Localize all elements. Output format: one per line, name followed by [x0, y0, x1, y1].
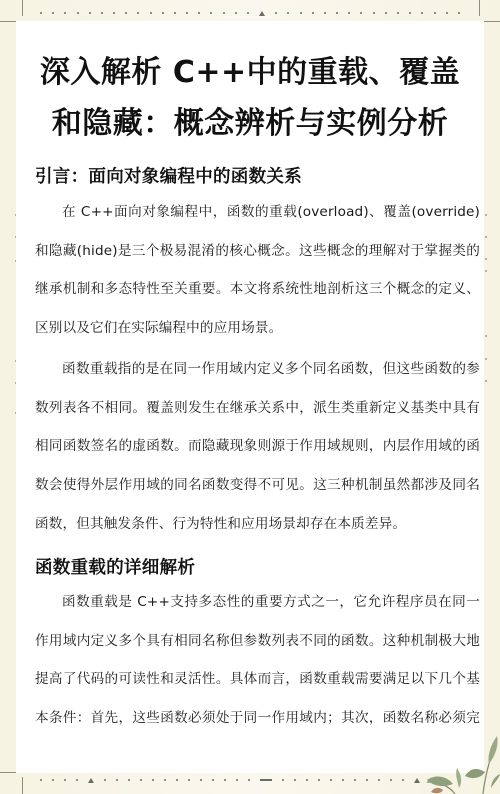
section-heading-overload: 函数重载的详细解析: [35, 554, 195, 579]
paragraph-intro-1: 在 C++面向对象编程中，函数的重载(overload)、覆盖(override…: [35, 193, 480, 348]
document-card: 深入解析 C++中的重载、覆盖 和隐藏：概念辨析与实例分析 引言：面向对象编程中…: [16, 21, 484, 773]
top-right-edge-line: [484, 21, 500, 22]
paragraph-intro-2: 函数重载指的是在同一作用域内定义多个同名函数，但这些函数的参数列表各不相同。覆盖…: [35, 350, 480, 544]
top-left-edge-line: [0, 21, 16, 22]
top-frame-right-line: [479, 0, 480, 16]
top-dotted-border: [40, 10, 460, 16]
triangle-icon: [414, 778, 420, 783]
bottom-dotted-border: [40, 777, 420, 783]
right-side-dots: [485, 200, 487, 420]
title-line-2: 和隐藏：概念辨析与实例分析: [16, 98, 484, 149]
bottom-frame-left-line: [22, 777, 23, 794]
paragraph-overload-1: 函数重载是 C++支持多态性的重要方式之一，它允许程序员在同一作用域内定义多个具…: [35, 583, 480, 738]
triangle-icon: [259, 11, 265, 16]
page: 深入解析 C++中的重载、覆盖 和隐藏：概念辨析与实例分析 引言：面向对象编程中…: [0, 0, 500, 794]
document-title: 深入解析 C++中的重载、覆盖 和隐藏：概念辨析与实例分析: [16, 47, 484, 149]
bottom-left-edge-line: [0, 772, 16, 773]
leaf-branch-icon: [425, 730, 500, 794]
title-line-1: 深入解析 C++中的重载、覆盖: [16, 47, 484, 98]
top-frame-left-line: [22, 0, 23, 16]
dash-icon: [260, 779, 272, 781]
section-heading-intro: 引言：面向对象编程中的函数关系: [35, 163, 302, 188]
triangle-icon: [88, 778, 94, 783]
